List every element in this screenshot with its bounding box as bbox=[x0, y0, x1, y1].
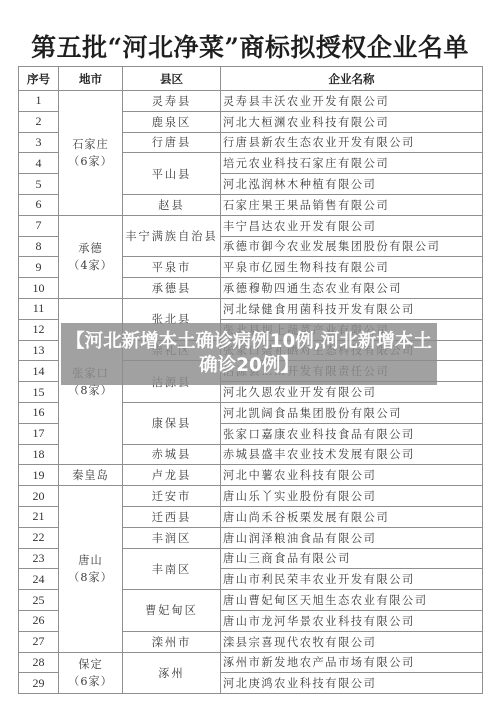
company-name-cell: 唐山润泽粮油食品有限公司 bbox=[221, 527, 483, 548]
serial-no-cell: 5 bbox=[19, 174, 59, 195]
table-body: 1石家庄 （6家）灵寿县灵寿县丰沃农业开发有限公司2鹿泉区河北大桓渊农业科技有限… bbox=[19, 91, 483, 694]
serial-no-cell: 24 bbox=[19, 569, 59, 590]
county-cell: 康保县 bbox=[123, 402, 221, 444]
company-name-cell: 唐山尚禾谷板栗发展有限公司 bbox=[221, 506, 483, 527]
company-name-cell: 张家口嘉康农业科技食品有限公司 bbox=[221, 423, 483, 444]
company-name-cell: 滦县宗喜现代农牧有限公司 bbox=[221, 631, 483, 652]
company-name-cell: 石家庄果王果品销售有限公司 bbox=[221, 194, 483, 215]
serial-no-cell: 28 bbox=[19, 652, 59, 673]
serial-no-cell: 7 bbox=[19, 215, 59, 236]
serial-no-cell: 9 bbox=[19, 257, 59, 278]
serial-no-cell: 20 bbox=[19, 486, 59, 507]
header-company-name: 企业名称 bbox=[221, 67, 483, 91]
serial-no-cell: 27 bbox=[19, 631, 59, 652]
serial-no-cell: 22 bbox=[19, 527, 59, 548]
serial-no-cell: 1 bbox=[19, 91, 59, 112]
company-name-cell: 河北泓润林木种植有限公司 bbox=[221, 174, 483, 195]
serial-no-cell: 10 bbox=[19, 278, 59, 299]
serial-no-cell: 16 bbox=[19, 402, 59, 423]
table-row: 1石家庄 （6家）灵寿县灵寿县丰沃农业开发有限公司 bbox=[19, 91, 483, 112]
serial-no-cell: 17 bbox=[19, 423, 59, 444]
county-cell: 曹妃甸区 bbox=[123, 590, 221, 632]
serial-no-cell: 3 bbox=[19, 132, 59, 153]
serial-no-cell: 29 bbox=[19, 673, 59, 694]
company-name-cell: 行唐县新农生态农业开发有限公司 bbox=[221, 132, 483, 153]
county-cell: 鹿泉区 bbox=[123, 111, 221, 132]
county-cell: 滦州市 bbox=[123, 631, 221, 652]
table-row: 11张家口 （8家）张北县河北绿健食用菌科技开发有限公司 bbox=[19, 298, 483, 319]
company-name-cell: 唐山市利民荣丰农业开发有限公司 bbox=[221, 569, 483, 590]
news-headline-banner[interactable]: 【河北新增本土确诊病例10例,河北新增本土确诊20例】 bbox=[61, 323, 437, 385]
city-cell: 承德 （4家） bbox=[59, 215, 123, 298]
company-name-cell: 灵寿县丰沃农业开发有限公司 bbox=[221, 91, 483, 112]
county-cell: 灵寿县 bbox=[123, 91, 221, 112]
serial-no-cell: 4 bbox=[19, 153, 59, 174]
company-name-cell: 河北大桓渊农业科技有限公司 bbox=[221, 111, 483, 132]
serial-no-cell: 2 bbox=[19, 111, 59, 132]
city-cell: 石家庄 （6家） bbox=[59, 91, 123, 216]
city-cell: 保定 （6家） bbox=[59, 652, 123, 694]
serial-no-cell: 21 bbox=[19, 506, 59, 527]
header-county: 县区 bbox=[123, 67, 221, 91]
county-cell: 承德县 bbox=[123, 278, 221, 299]
serial-no-cell: 11 bbox=[19, 298, 59, 319]
serial-no-cell: 12 bbox=[19, 319, 59, 340]
table-row: 7承德 （4家）丰宁满族自治县丰宁昌达农业开发有限公司 bbox=[19, 215, 483, 236]
company-name-cell: 河北庚鸿农业科技有限公司 bbox=[221, 673, 483, 694]
company-name-cell: 唐山曹妃甸区天旭生态农业有限公司 bbox=[221, 590, 483, 611]
county-cell: 丰宁满族自治县 bbox=[123, 215, 221, 257]
table-row: 28保定 （6家）涿州涿州市新发地农产品市场有限公司 bbox=[19, 652, 483, 673]
document-title: 第五批“河北净菜”商标拟授权企业名单 bbox=[0, 28, 500, 64]
county-cell: 丰润区 bbox=[123, 527, 221, 548]
city-cell: 唐山 （8家） bbox=[59, 486, 123, 652]
company-name-cell: 河北绿健食用菌科技开发有限公司 bbox=[221, 298, 483, 319]
city-cell: 秦皇岛 bbox=[59, 465, 123, 486]
company-name-cell: 承德市御今农业发展集团股份有限公司 bbox=[221, 236, 483, 257]
company-name-cell: 河北凯阔食品集团股份有限公司 bbox=[221, 402, 483, 423]
county-cell: 丰南区 bbox=[123, 548, 221, 590]
county-cell: 涿州 bbox=[123, 652, 221, 694]
county-cell: 赤城县 bbox=[123, 444, 221, 465]
company-name-cell: 培元农业科技石家庄有限公司 bbox=[221, 153, 483, 174]
county-cell: 平泉市 bbox=[123, 257, 221, 278]
header-city: 地市 bbox=[59, 67, 123, 91]
serial-no-cell: 19 bbox=[19, 465, 59, 486]
table-row: 19秦皇岛卢龙县河北中薯农业科技有限公司 bbox=[19, 465, 483, 486]
county-cell: 行唐县 bbox=[123, 132, 221, 153]
company-name-cell: 涿州市新发地农产品市场有限公司 bbox=[221, 652, 483, 673]
serial-no-cell: 18 bbox=[19, 444, 59, 465]
serial-no-cell: 14 bbox=[19, 361, 59, 382]
header-serial-no: 序号 bbox=[19, 67, 59, 91]
serial-no-cell: 23 bbox=[19, 548, 59, 569]
serial-no-cell: 15 bbox=[19, 382, 59, 403]
table-header-row: 序号 地市 县区 企业名称 bbox=[19, 67, 483, 91]
company-name-cell: 赤城县盛丰农业技术发展有限公司 bbox=[221, 444, 483, 465]
serial-no-cell: 26 bbox=[19, 610, 59, 631]
county-cell: 迁安市 bbox=[123, 486, 221, 507]
serial-no-cell: 13 bbox=[19, 340, 59, 361]
county-cell: 迁西县 bbox=[123, 506, 221, 527]
company-name-cell: 丰宁昌达农业开发有限公司 bbox=[221, 215, 483, 236]
serial-no-cell: 6 bbox=[19, 194, 59, 215]
company-name-cell: 河北中薯农业科技有限公司 bbox=[221, 465, 483, 486]
county-cell: 赵县 bbox=[123, 194, 221, 215]
company-name-cell: 平泉市亿园生物科技有限公司 bbox=[221, 257, 483, 278]
county-cell: 平山县 bbox=[123, 153, 221, 195]
company-name-cell: 承德穆勒四通生态农业有限公司 bbox=[221, 278, 483, 299]
company-name-cell: 唐山三商食品有限公司 bbox=[221, 548, 483, 569]
county-cell: 卢龙县 bbox=[123, 465, 221, 486]
serial-no-cell: 8 bbox=[19, 236, 59, 257]
table-row: 20唐山 （8家）迁安市唐山乐丫实业股份有限公司 bbox=[19, 486, 483, 507]
company-name-cell: 唐山乐丫实业股份有限公司 bbox=[221, 486, 483, 507]
company-name-cell: 唐山市龙河华景农业科技有限公司 bbox=[221, 610, 483, 631]
serial-no-cell: 25 bbox=[19, 590, 59, 611]
